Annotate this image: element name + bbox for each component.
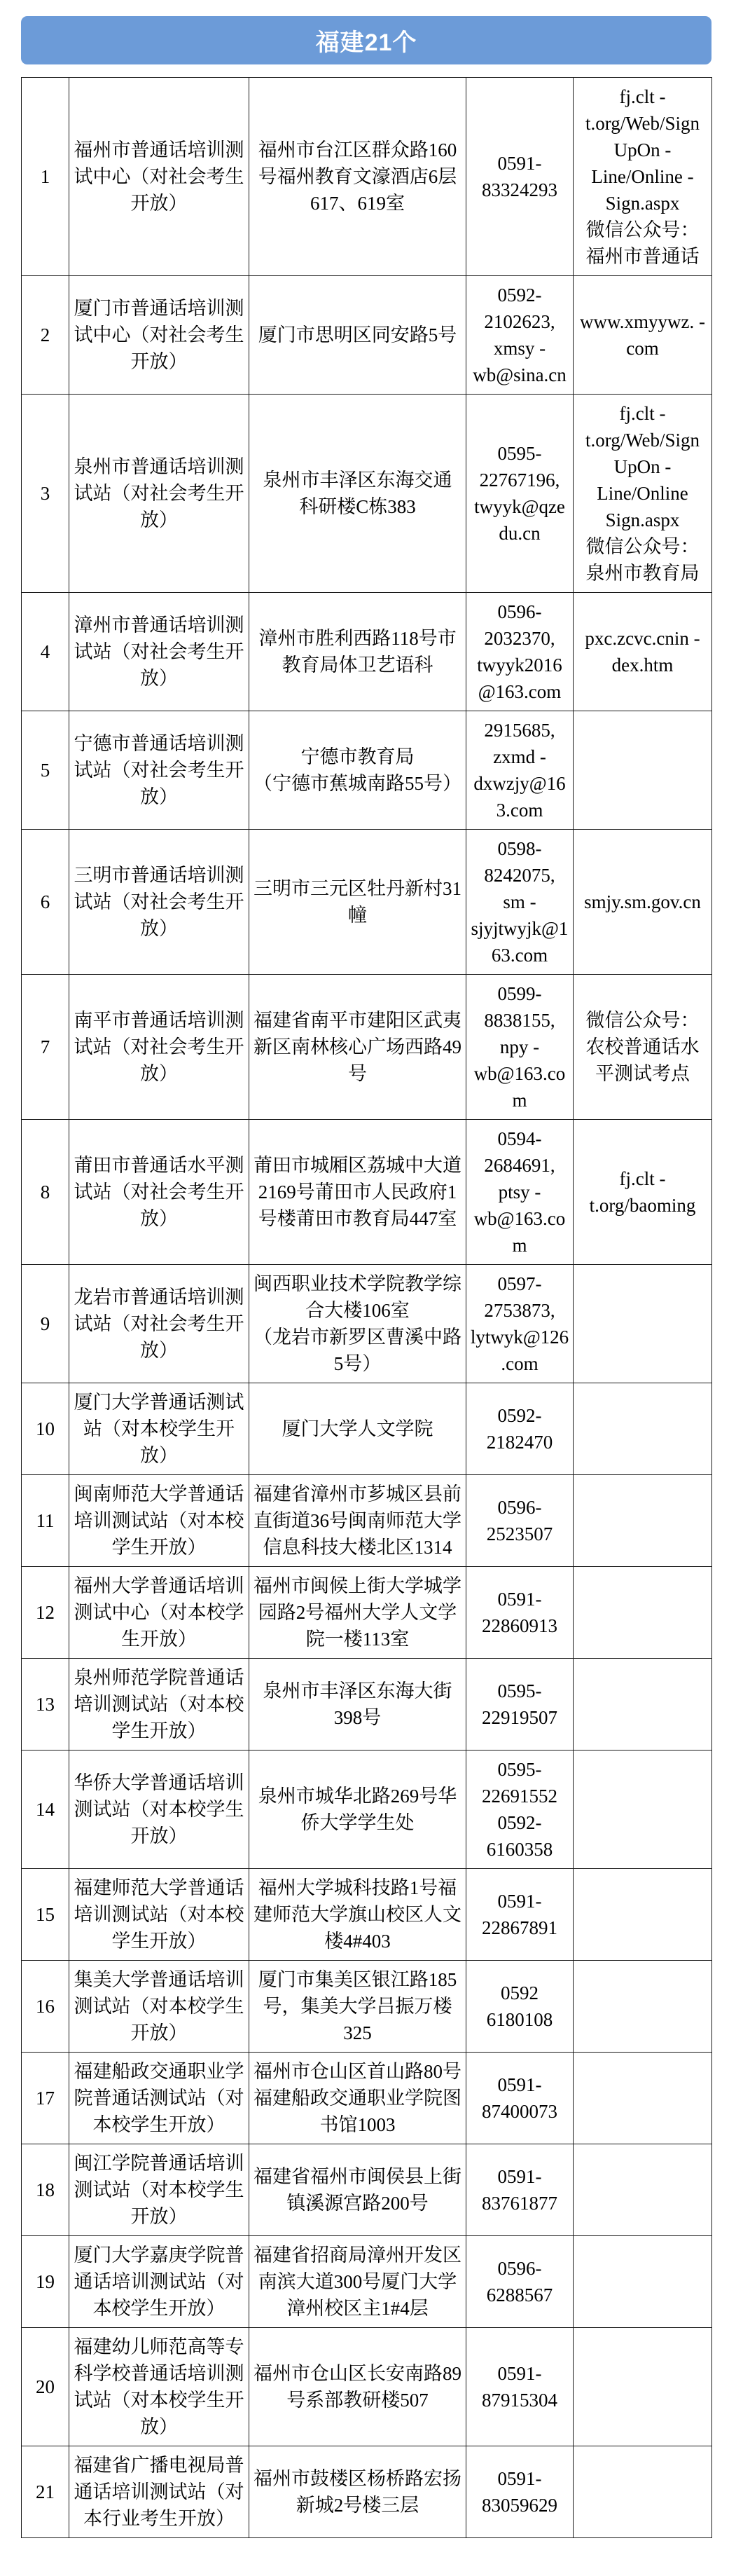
row-number-cell: 15 — [22, 1869, 69, 1961]
row-number-cell: 3 — [22, 395, 69, 593]
row-number-cell: 12 — [22, 1567, 69, 1659]
phone-contact-cell: 0596- 6288567 — [466, 2236, 574, 2328]
center-name-cell: 宁德市普通话培训测 试站（对社会考生开 放） — [69, 711, 249, 830]
website-cell: fj.clt - t.org/baoming — [574, 1120, 712, 1265]
website-cell — [574, 1751, 712, 1869]
website-cell: www.xmyywz. - com — [574, 276, 712, 395]
website-cell: pxc.zcvc.cnin - dex.htm — [574, 593, 712, 711]
table-row: 12福州大学普通话培训 测试中心（对本校学 生开放）福州市闽候上街大学城学 园路… — [22, 1567, 712, 1659]
center-name-cell: 集美大学普通话培训 测试站（对本校学生 开放） — [69, 1961, 249, 2053]
centers-table-wrap: 1福州市普通话培训测 试中心（对社会考生 开放）福州市台江区群众路160 号福州… — [21, 77, 711, 2538]
center-name-cell: 福建船政交通职业学 院普通话测试站（对 本校学生开放） — [69, 2053, 249, 2144]
center-name-cell: 莆田市普通话水平测 试站（对社会考生开 放） — [69, 1120, 249, 1265]
phone-contact-cell: 0591- 83059629 — [466, 2446, 574, 2538]
row-number-cell: 14 — [22, 1751, 69, 1869]
address-cell: 泉州市丰泽区东海交通 科研楼C栋383 — [249, 395, 466, 593]
table-row: 20福建幼儿师范高等专 科学校普通话培训测 试站（对本校学生开 放）福州市仓山区… — [22, 2328, 712, 2446]
table-row: 8莆田市普通话水平测 试站（对社会考生开 放）莆田市城厢区荔城中大道 2169号… — [22, 1120, 712, 1265]
website-cell — [574, 1265, 712, 1383]
address-cell: 三明市三元区牡丹新村31 幢 — [249, 830, 466, 975]
address-cell: 厦门市集美区银江路185 号，集美大学吕振万楼 325 — [249, 1961, 466, 2053]
centers-table: 1福州市普通话培训测 试中心（对社会考生 开放）福州市台江区群众路160 号福州… — [21, 77, 712, 2538]
address-cell: 福建省南平市建阳区武夷 新区南林核心广场西路49 号 — [249, 975, 466, 1120]
website-cell: smjy.sm.gov.cn — [574, 830, 712, 975]
website-cell — [574, 2328, 712, 2446]
table-row: 1福州市普通话培训测 试中心（对社会考生 开放）福州市台江区群众路160 号福州… — [22, 78, 712, 276]
centers-table-body: 1福州市普通话培训测 试中心（对社会考生 开放）福州市台江区群众路160 号福州… — [22, 78, 712, 2538]
address-cell: 泉州市丰泽区东海大街 398号 — [249, 1659, 466, 1751]
center-name-cell: 漳州市普通话培训测 试站（对社会考生开 放） — [69, 593, 249, 711]
row-number-cell: 7 — [22, 975, 69, 1120]
center-name-cell: 厦门大学嘉庚学院普 通话培训测试站（对 本校学生开放） — [69, 2236, 249, 2328]
address-cell: 宁德市教育局 （宁德市蕉城南路55号） — [249, 711, 466, 830]
address-cell: 福州市闽候上街大学城学 园路2号福州大学人文学 院一楼113室 — [249, 1567, 466, 1659]
row-number-cell: 20 — [22, 2328, 69, 2446]
website-cell — [574, 2236, 712, 2328]
center-name-cell: 厦门市普通话培训测 试中心（对社会考生 开放） — [69, 276, 249, 395]
phone-contact-cell: 0595- 22919507 — [466, 1659, 574, 1751]
address-cell: 福州市仓山区首山路80号 福建船政交通职业学院图 书馆1003 — [249, 2053, 466, 2144]
table-row: 15福建师范大学普通话 培训测试站（对本校 学生开放）福州大学城科技路1号福 建… — [22, 1869, 712, 1961]
address-cell: 闽西职业技术学院教学综 合大楼106室 （龙岩市新罗区曹溪中路 5号） — [249, 1265, 466, 1383]
table-row: 13泉州师范学院普通话 培训测试站（对本校 学生开放）泉州市丰泽区东海大街 39… — [22, 1659, 712, 1751]
address-cell: 厦门大学人文学院 — [249, 1383, 466, 1475]
row-number-cell: 10 — [22, 1383, 69, 1475]
address-cell: 莆田市城厢区荔城中大道 2169号莆田市人民政府1 号楼莆田市教育局447室 — [249, 1120, 466, 1265]
row-number-cell: 1 — [22, 78, 69, 276]
center-name-cell: 福建师范大学普通话 培训测试站（对本校 学生开放） — [69, 1869, 249, 1961]
center-name-cell: 泉州市普通话培训测 试站（对社会考生开 放） — [69, 395, 249, 593]
phone-contact-cell: 0595- 22767196, twyyk@qze du.cn — [466, 395, 574, 593]
phone-contact-cell: 0599- 8838155, npy - wb@163.co m — [466, 975, 574, 1120]
table-row: 6三明市普通话培训测 试站（对社会考生开 放）三明市三元区牡丹新村31 幢059… — [22, 830, 712, 975]
phone-contact-cell: 0591- 83761877 — [466, 2144, 574, 2236]
table-row: 11闽南师范大学普通话 培训测试站（对本校 学生开放）福建省漳州市芗城区县前 直… — [22, 1475, 712, 1567]
center-name-cell: 南平市普通话培训测 试站（对社会考生开 放） — [69, 975, 249, 1120]
table-row: 19厦门大学嘉庚学院普 通话培训测试站（对 本校学生开放）福建省招商局漳州开发区… — [22, 2236, 712, 2328]
website-cell — [574, 1567, 712, 1659]
center-name-cell: 闽江学院普通话培训 测试站（对本校学生 开放） — [69, 2144, 249, 2236]
page: 福建21个 1福州市普通话培训测 试中心（对社会考生 开放）福州市台江区群众路1… — [0, 0, 729, 2563]
website-cell — [574, 2053, 712, 2144]
phone-contact-cell: 0594- 2684691, ptsy - wb@163.co m — [466, 1120, 574, 1265]
phone-contact-cell: 0598- 8242075, sm - sjyjtwyjk@1 63.com — [466, 830, 574, 975]
website-cell: 微信公众号： 农校普通话水 平测试考点 — [574, 975, 712, 1120]
center-name-cell: 福建省广播电视局普 通话培训测试站（对 本行业考生开放） — [69, 2446, 249, 2538]
address-cell: 漳州市胜利西路118号市 教育局体卫艺语科 — [249, 593, 466, 711]
row-number-cell: 9 — [22, 1265, 69, 1383]
table-row: 17福建船政交通职业学 院普通话测试站（对 本校学生开放）福州市仓山区首山路80… — [22, 2053, 712, 2144]
address-cell: 福州市台江区群众路160 号福州教育文濠酒店6层 617、619室 — [249, 78, 466, 276]
table-row: 9龙岩市普通话培训测 试站（对社会考生开 放）闽西职业技术学院教学综 合大楼10… — [22, 1265, 712, 1383]
phone-contact-cell: 0592- 2182470 — [466, 1383, 574, 1475]
phone-contact-cell: 0596- 2523507 — [466, 1475, 574, 1567]
center-name-cell: 福建幼儿师范高等专 科学校普通话培训测 试站（对本校学生开 放） — [69, 2328, 249, 2446]
page-title: 福建21个 — [316, 23, 417, 57]
table-row: 18闽江学院普通话培训 测试站（对本校学生 开放）福建省福州市闽侯县上街 镇溪源… — [22, 2144, 712, 2236]
website-cell — [574, 711, 712, 830]
row-number-cell: 17 — [22, 2053, 69, 2144]
row-number-cell: 21 — [22, 2446, 69, 2538]
phone-contact-cell: 0591- 87915304 — [466, 2328, 574, 2446]
website-cell — [574, 1659, 712, 1751]
table-row: 3泉州市普通话培训测 试站（对社会考生开 放）泉州市丰泽区东海交通 科研楼C栋3… — [22, 395, 712, 593]
website-cell — [574, 2144, 712, 2236]
row-number-cell: 13 — [22, 1659, 69, 1751]
website-cell: fj.clt - t.org/Web/Sign UpOn - Line/Onli… — [574, 78, 712, 276]
address-cell: 厦门市思明区同安路5号 — [249, 276, 466, 395]
center-name-cell: 龙岩市普通话培训测 试站（对社会考生开 放） — [69, 1265, 249, 1383]
table-row: 4漳州市普通话培训测 试站（对社会考生开 放）漳州市胜利西路118号市 教育局体… — [22, 593, 712, 711]
table-row: 21福建省广播电视局普 通话培训测试站（对 本行业考生开放）福州市鼓楼区杨桥路宏… — [22, 2446, 712, 2538]
website-cell — [574, 1961, 712, 2053]
table-row: 2厦门市普通话培训测 试中心（对社会考生 开放）厦门市思明区同安路5号0592-… — [22, 276, 712, 395]
phone-contact-cell: 0591- 87400073 — [466, 2053, 574, 2144]
center-name-cell: 三明市普通话培训测 试站（对社会考生开 放） — [69, 830, 249, 975]
row-number-cell: 8 — [22, 1120, 69, 1265]
website-cell — [574, 1475, 712, 1567]
phone-contact-cell: 0592- 2102623, xmsy - wb@sina.cn — [466, 276, 574, 395]
region-header-banner: 福建21个 — [21, 16, 711, 64]
table-row: 16集美大学普通话培训 测试站（对本校学生 开放）厦门市集美区银江路185 号，… — [22, 1961, 712, 2053]
phone-contact-cell: 0591- 22867891 — [466, 1869, 574, 1961]
row-number-cell: 6 — [22, 830, 69, 975]
phone-contact-cell: 0597- 2753873, lytwyk@126 .com — [466, 1265, 574, 1383]
row-number-cell: 5 — [22, 711, 69, 830]
row-number-cell: 19 — [22, 2236, 69, 2328]
center-name-cell: 泉州师范学院普通话 培训测试站（对本校 学生开放） — [69, 1659, 249, 1751]
phone-contact-cell: 0592 6180108 — [466, 1961, 574, 2053]
center-name-cell: 华侨大学普通话培训 测试站（对本校学生 开放） — [69, 1751, 249, 1869]
address-cell: 福州大学城科技路1号福 建师范大学旗山校区人文 楼4#403 — [249, 1869, 466, 1961]
center-name-cell: 闽南师范大学普通话 培训测试站（对本校 学生开放） — [69, 1475, 249, 1567]
website-cell: fj.clt - t.org/Web/Sign UpOn - Line/Onli… — [574, 395, 712, 593]
website-cell — [574, 1383, 712, 1475]
website-cell — [574, 1869, 712, 1961]
phone-contact-cell: 0591- 83324293 — [466, 78, 574, 276]
phone-contact-cell: 2915685, zxmd - dxwzjy@16 3.com — [466, 711, 574, 830]
row-number-cell: 4 — [22, 593, 69, 711]
address-cell: 泉州市城华北路269号华 侨大学学生处 — [249, 1751, 466, 1869]
center-name-cell: 厦门大学普通话测试 站（对本校学生开 放） — [69, 1383, 249, 1475]
table-row: 5宁德市普通话培训测 试站（对社会考生开 放）宁德市教育局 （宁德市蕉城南路55… — [22, 711, 712, 830]
phone-contact-cell: 0595- 22691552 0592- 6160358 — [466, 1751, 574, 1869]
address-cell: 福建省漳州市芗城区县前 直街道36号闽南师范大学 信息科技大楼北区1314 — [249, 1475, 466, 1567]
row-number-cell: 2 — [22, 276, 69, 395]
center-name-cell: 福州大学普通话培训 测试中心（对本校学 生开放） — [69, 1567, 249, 1659]
phone-contact-cell: 0591- 22860913 — [466, 1567, 574, 1659]
table-row: 14华侨大学普通话培训 测试站（对本校学生 开放）泉州市城华北路269号华 侨大… — [22, 1751, 712, 1869]
center-name-cell: 福州市普通话培训测 试中心（对社会考生 开放） — [69, 78, 249, 276]
row-number-cell: 18 — [22, 2144, 69, 2236]
phone-contact-cell: 0596- 2032370, twyyk2016 @163.com — [466, 593, 574, 711]
address-cell: 福州市仓山区长安南路89 号系部教研楼507 — [249, 2328, 466, 2446]
address-cell: 福建省招商局漳州开发区 南滨大道300号厦门大学 漳州校区主1#4层 — [249, 2236, 466, 2328]
table-row: 10厦门大学普通话测试 站（对本校学生开 放）厦门大学人文学院0592- 218… — [22, 1383, 712, 1475]
website-cell — [574, 2446, 712, 2538]
address-cell: 福州市鼓楼区杨桥路宏扬 新城2号楼三层 — [249, 2446, 466, 2538]
address-cell: 福建省福州市闽侯县上街 镇溪源宫路200号 — [249, 2144, 466, 2236]
row-number-cell: 11 — [22, 1475, 69, 1567]
row-number-cell: 16 — [22, 1961, 69, 2053]
table-row: 7南平市普通话培训测 试站（对社会考生开 放）福建省南平市建阳区武夷 新区南林核… — [22, 975, 712, 1120]
